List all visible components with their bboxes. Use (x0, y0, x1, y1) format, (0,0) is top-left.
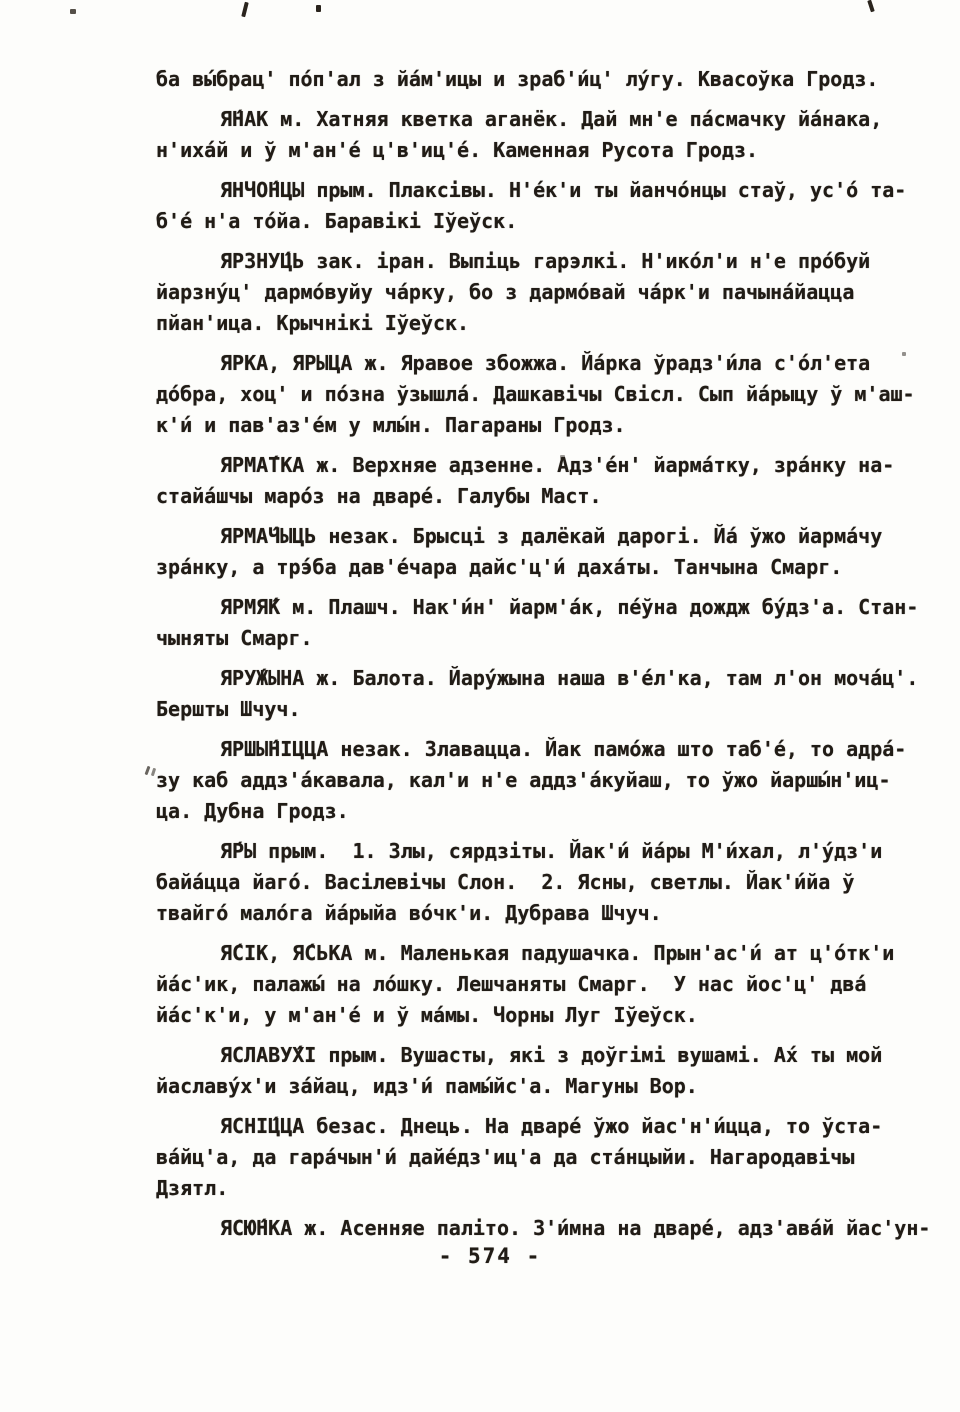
entry-line: ца. Дубна Гродз. (156, 796, 940, 827)
dictionary-entry: ЯНЧО́НЦЫ прым. Плаксівы. Н'е́к'и ты йанч… (156, 175, 940, 237)
entry-line: до́бра, хоц' и по́зна ўзышла́. Дашкавічы… (156, 379, 940, 410)
entry-continuation: ба вы́брац' по́п'ал з йа́м'ицы и зраб'и́… (156, 64, 940, 95)
scan-speck (867, 0, 875, 12)
entry-line: йарзну́ц' дармо́вуйу ча́рку, бо з дармо́… (156, 277, 940, 308)
entry-line: Я́СІК, Я́СЬКА м. Маленькая падушачка. Пр… (156, 938, 940, 969)
entry-line: йаславу́х'и за́йац, идз'и́ памы́йс'а. Ма… (156, 1071, 940, 1102)
entry-line: твайго́ мало́га йа́рыйа во́чк'и. Дубрава… (156, 898, 940, 929)
dictionary-entry: ЯСНІ́ЦЦА безас. Днець. На дваре́ ўжо йас… (156, 1111, 940, 1204)
entry-line: ЯРКА, ЯРЫЦА ж. Яравое збожжа. Йа́рка ўра… (156, 348, 940, 379)
dictionary-entry: ЯРШЫ́НІЦЦА незак. Злавацца. Йак памо́жа … (156, 734, 940, 827)
entry-line: Дзятл. (156, 1173, 940, 1204)
dictionary-entry: ЯРУ́ЖЫНА ж. Балота. Йару́жына наша в'е́л… (156, 663, 940, 725)
entry-line: ЯРМА́ТКА ж. Верхняе адзенне. Адз'е́н' йа… (156, 450, 940, 481)
dictionary-entry: Я́СІК, Я́СЬКА м. Маленькая падушачка. Пр… (156, 938, 940, 1031)
dictionary-entry: Я́НАК м. Хатняя кветка аганёк. Дай мн'е … (156, 104, 940, 166)
entry-line: Я́НАК м. Хатняя кветка аганёк. Дай мн'е … (156, 104, 940, 135)
entry-line: к'и́ и пав'аз'е́м у млы́н. Пагараны Грод… (156, 410, 940, 441)
entry-line: ва́йц'а, да гара́чын'и́ дайе́дз'иц'а да … (156, 1142, 940, 1173)
dictionary-entry: ЯСЛАВУ́ХІ прым. Вушасты, які з доўгімі в… (156, 1040, 940, 1102)
page-number: - 574 - (150, 1244, 830, 1268)
dictionary-entry: ЯРЗНУ́ЦЬ зак. іран. Выпіць гарэлкі. Н'ик… (156, 246, 940, 339)
scan-speck (70, 9, 76, 14)
dictionary-entry: ЯРМА́ЧЫЦЬ незак. Брысці з далёкай дарогі… (156, 521, 940, 583)
entry-line: байа́цца йаго́. Васілевічы Слон. 2. Ясны… (156, 867, 940, 898)
entry-line: ЯРМЯ́К м. Плашч. Нак'и́н' йарм'а́к, пе́ў… (156, 592, 940, 623)
entry-line: ЯРУ́ЖЫНА ж. Балота. Йару́жына наша в'е́л… (156, 663, 940, 694)
entry-line: ЯРМА́ЧЫЦЬ незак. Брысці з далёкай дарогі… (156, 521, 940, 552)
scanned-dictionary-page: ба вы́брац' по́п'ал з йа́м'ицы и зраб'и́… (0, 0, 960, 1412)
entry-line: пйан'ица. Крычнікі Іўеўск. (156, 308, 940, 339)
entry-line: ЯСНІ́ЦЦА безас. Днець. На дваре́ ўжо йас… (156, 1111, 940, 1142)
entry-line: ЯСЮ́НКА ж. Асенняе паліто. З'и́мна на дв… (156, 1213, 940, 1244)
dictionary-entry: ЯРМА́ТКА ж. Верхняе адзенне. Адз'е́н' йа… (156, 450, 940, 512)
entry-line: чыняты Смарг. (156, 623, 940, 654)
entry-line: ЯНЧО́НЦЫ прым. Плаксівы. Н'е́к'и ты йанч… (156, 175, 940, 206)
dictionary-entry: ЯРМЯ́К м. Плашч. Нак'и́н' йарм'а́к, пе́ў… (156, 592, 940, 654)
dictionary-entry: Я́РЫ прым. 1. Злы, сярдзіты. Йак'и́ йа́р… (156, 836, 940, 929)
entry-line: Я́РЫ прым. 1. Злы, сярдзіты. Йак'и́ йа́р… (156, 836, 940, 867)
entry-line: зу каб аддз'а́кавала, кал'и н'е аддз'а́к… (156, 765, 940, 796)
entry-line: йа́с'к'и, у м'ан'е́ и ў ма́мы. Чорны Луг… (156, 1000, 940, 1031)
scan-speck (145, 766, 151, 775)
entry-line: ба вы́брац' по́п'ал з йа́м'ицы и зраб'и́… (156, 64, 940, 95)
entry-line: Бершты Шчуч. (156, 694, 940, 725)
text-block: ба вы́брац' по́п'ал з йа́м'ицы и зраб'и́… (156, 64, 940, 1253)
entry-line: н'иха́й и ў м'ан'е́ ц'в'иц'е́. Каменная … (156, 135, 940, 166)
entry-line: зра́нку, а трэ́ба дав'е́чара дайс'ц'и́ д… (156, 552, 940, 583)
entry-line: йа́с'ик, палажы́ на ло́шку. Лешчаняты См… (156, 969, 940, 1000)
entry-line: ЯРШЫ́НІЦЦА незак. Злавацца. Йак памо́жа … (156, 734, 940, 765)
entry-line: ЯРЗНУ́ЦЬ зак. іран. Выпіць гарэлкі. Н'ик… (156, 246, 940, 277)
entry-line: стайа́шчы маро́з на дваре́. Галубы Маст. (156, 481, 940, 512)
dictionary-entry: ЯРКА, ЯРЫЦА ж. Яравое збожжа. Йа́рка ўра… (156, 348, 940, 441)
scan-speck (316, 5, 321, 12)
entry-line: б'е́ н'а то́йа. Баравікі Іўеўск. (156, 206, 940, 237)
dictionary-entry: ЯСЮ́НКА ж. Асенняе паліто. З'и́мна на дв… (156, 1213, 940, 1244)
scan-speck (241, 2, 249, 18)
entry-line: ЯСЛАВУ́ХІ прым. Вушасты, які з доўгімі в… (156, 1040, 940, 1071)
